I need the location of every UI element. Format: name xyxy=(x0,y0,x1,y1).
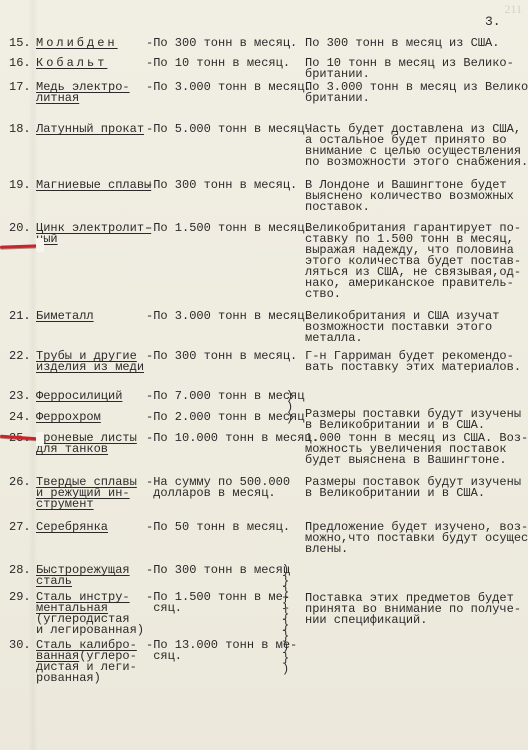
item-number: 27. xyxy=(9,522,35,533)
document-page: 211 3. 15.Молибден-По 300 тонн в месяц.П… xyxy=(0,0,528,750)
item-number: 30. xyxy=(9,640,35,651)
item-material: Магниевые сплавы xyxy=(36,180,146,191)
item-note: По 300 тонн в месяц из США. xyxy=(305,38,528,49)
group-note-text: Размеры поставки будут изучены в Великоб… xyxy=(305,409,528,431)
item-material: Броневые листы для танков xyxy=(36,433,146,455)
item-material: Сталь инстру- ментальная (углеродистая и… xyxy=(36,592,146,636)
item-number: 29. xyxy=(9,592,35,603)
group-note-text: Поставка этих предметов будет принята во… xyxy=(305,593,528,626)
brace-23-24: ) ) ) xyxy=(286,391,293,424)
item-quantity: -По 1.500 тонн в месяц. xyxy=(146,223,306,234)
item-material: Быстрорежущая сталь xyxy=(36,565,146,587)
item-quantity: -По 300 тонн в месяц. xyxy=(146,38,306,49)
brace-28-30: ) } } { } } } ) } ) xyxy=(282,565,289,675)
item-quantity: -На сумму по 500.000 долларов в месяц. xyxy=(146,477,306,499)
item-quantity: -По 300 тонн в месяц. xyxy=(146,351,306,362)
item-material: Цинк электролит- ный xyxy=(36,223,146,245)
item-quantity: -По 5.000 тонн в месяц. xyxy=(146,124,306,135)
item-number: 19. xyxy=(9,180,35,191)
item-material: Молибден xyxy=(36,38,146,49)
item-number: 16. xyxy=(9,58,35,69)
item-material: Сталь калибро- ванная(углеро- дистая и л… xyxy=(36,640,146,684)
item-material: Кобальт xyxy=(36,58,146,69)
item-number: 21. xyxy=(9,311,35,322)
item-note: По 3.000 тонн в месяц из Велико- британи… xyxy=(305,82,528,104)
item-number: 18. xyxy=(9,124,35,135)
binding-hole xyxy=(36,238,44,252)
item-material: Трубы и другие изделия из меди xyxy=(36,351,146,373)
item-quantity: -По 3.000 тонн в месяц. xyxy=(146,311,306,322)
item-quantity: -По 10 тонн в месяц. xyxy=(146,58,306,69)
item-number: 26. xyxy=(9,477,35,488)
item-number: 15. xyxy=(9,38,35,49)
item-quantity: -По 50 тонн в месяц. xyxy=(146,522,306,533)
item-material: Твердые сплавы и режущий ин- струмент xyxy=(36,477,146,510)
archive-pencil-number: 211 xyxy=(504,2,522,17)
item-quantity: -По 10.000 тонн в месяц. xyxy=(146,433,306,444)
item-number: 28. xyxy=(9,565,35,576)
item-material: Биметалл xyxy=(36,311,146,322)
item-note: В Лондоне и Вашингтоне будет выяснено ко… xyxy=(305,180,528,213)
item-note: Г-н Гарриман будет рекомендо- вать поста… xyxy=(305,351,528,373)
item-material: Латунный прокат xyxy=(36,124,146,135)
group-note-23-24: Размеры поставки будут изучены в Великоб… xyxy=(0,398,225,431)
item-note: Великобритания гарантирует по- ставку по… xyxy=(305,223,528,300)
binding-hole xyxy=(36,432,44,446)
item-quantity: -По 3.000 тонн в месяц. xyxy=(146,82,306,93)
item-note: Великобритания и США изучат возможности … xyxy=(305,311,528,344)
item-note: Предложение будет изучено, воз- можно,чт… xyxy=(305,522,528,555)
item-number: 22. xyxy=(9,351,35,362)
item-note: По 10 тонн в месяц из Велико- британии. xyxy=(305,58,528,80)
item-note: Размеры поставок будут изучены в Великоб… xyxy=(305,477,528,499)
item-quantity: -По 300 тонн в месяц. xyxy=(146,180,306,191)
item-note: Часть будет доставлена из США, а остальн… xyxy=(305,124,528,168)
item-material: Медь электро- литная xyxy=(36,82,146,104)
item-number: 20. xyxy=(9,223,35,234)
page-number: 3. xyxy=(485,14,501,29)
item-note: 1.000 тонн в месяц из США. Воз- можность… xyxy=(305,433,528,466)
item-number: 17. xyxy=(9,82,35,93)
item-material: Серебрянка xyxy=(36,522,146,533)
